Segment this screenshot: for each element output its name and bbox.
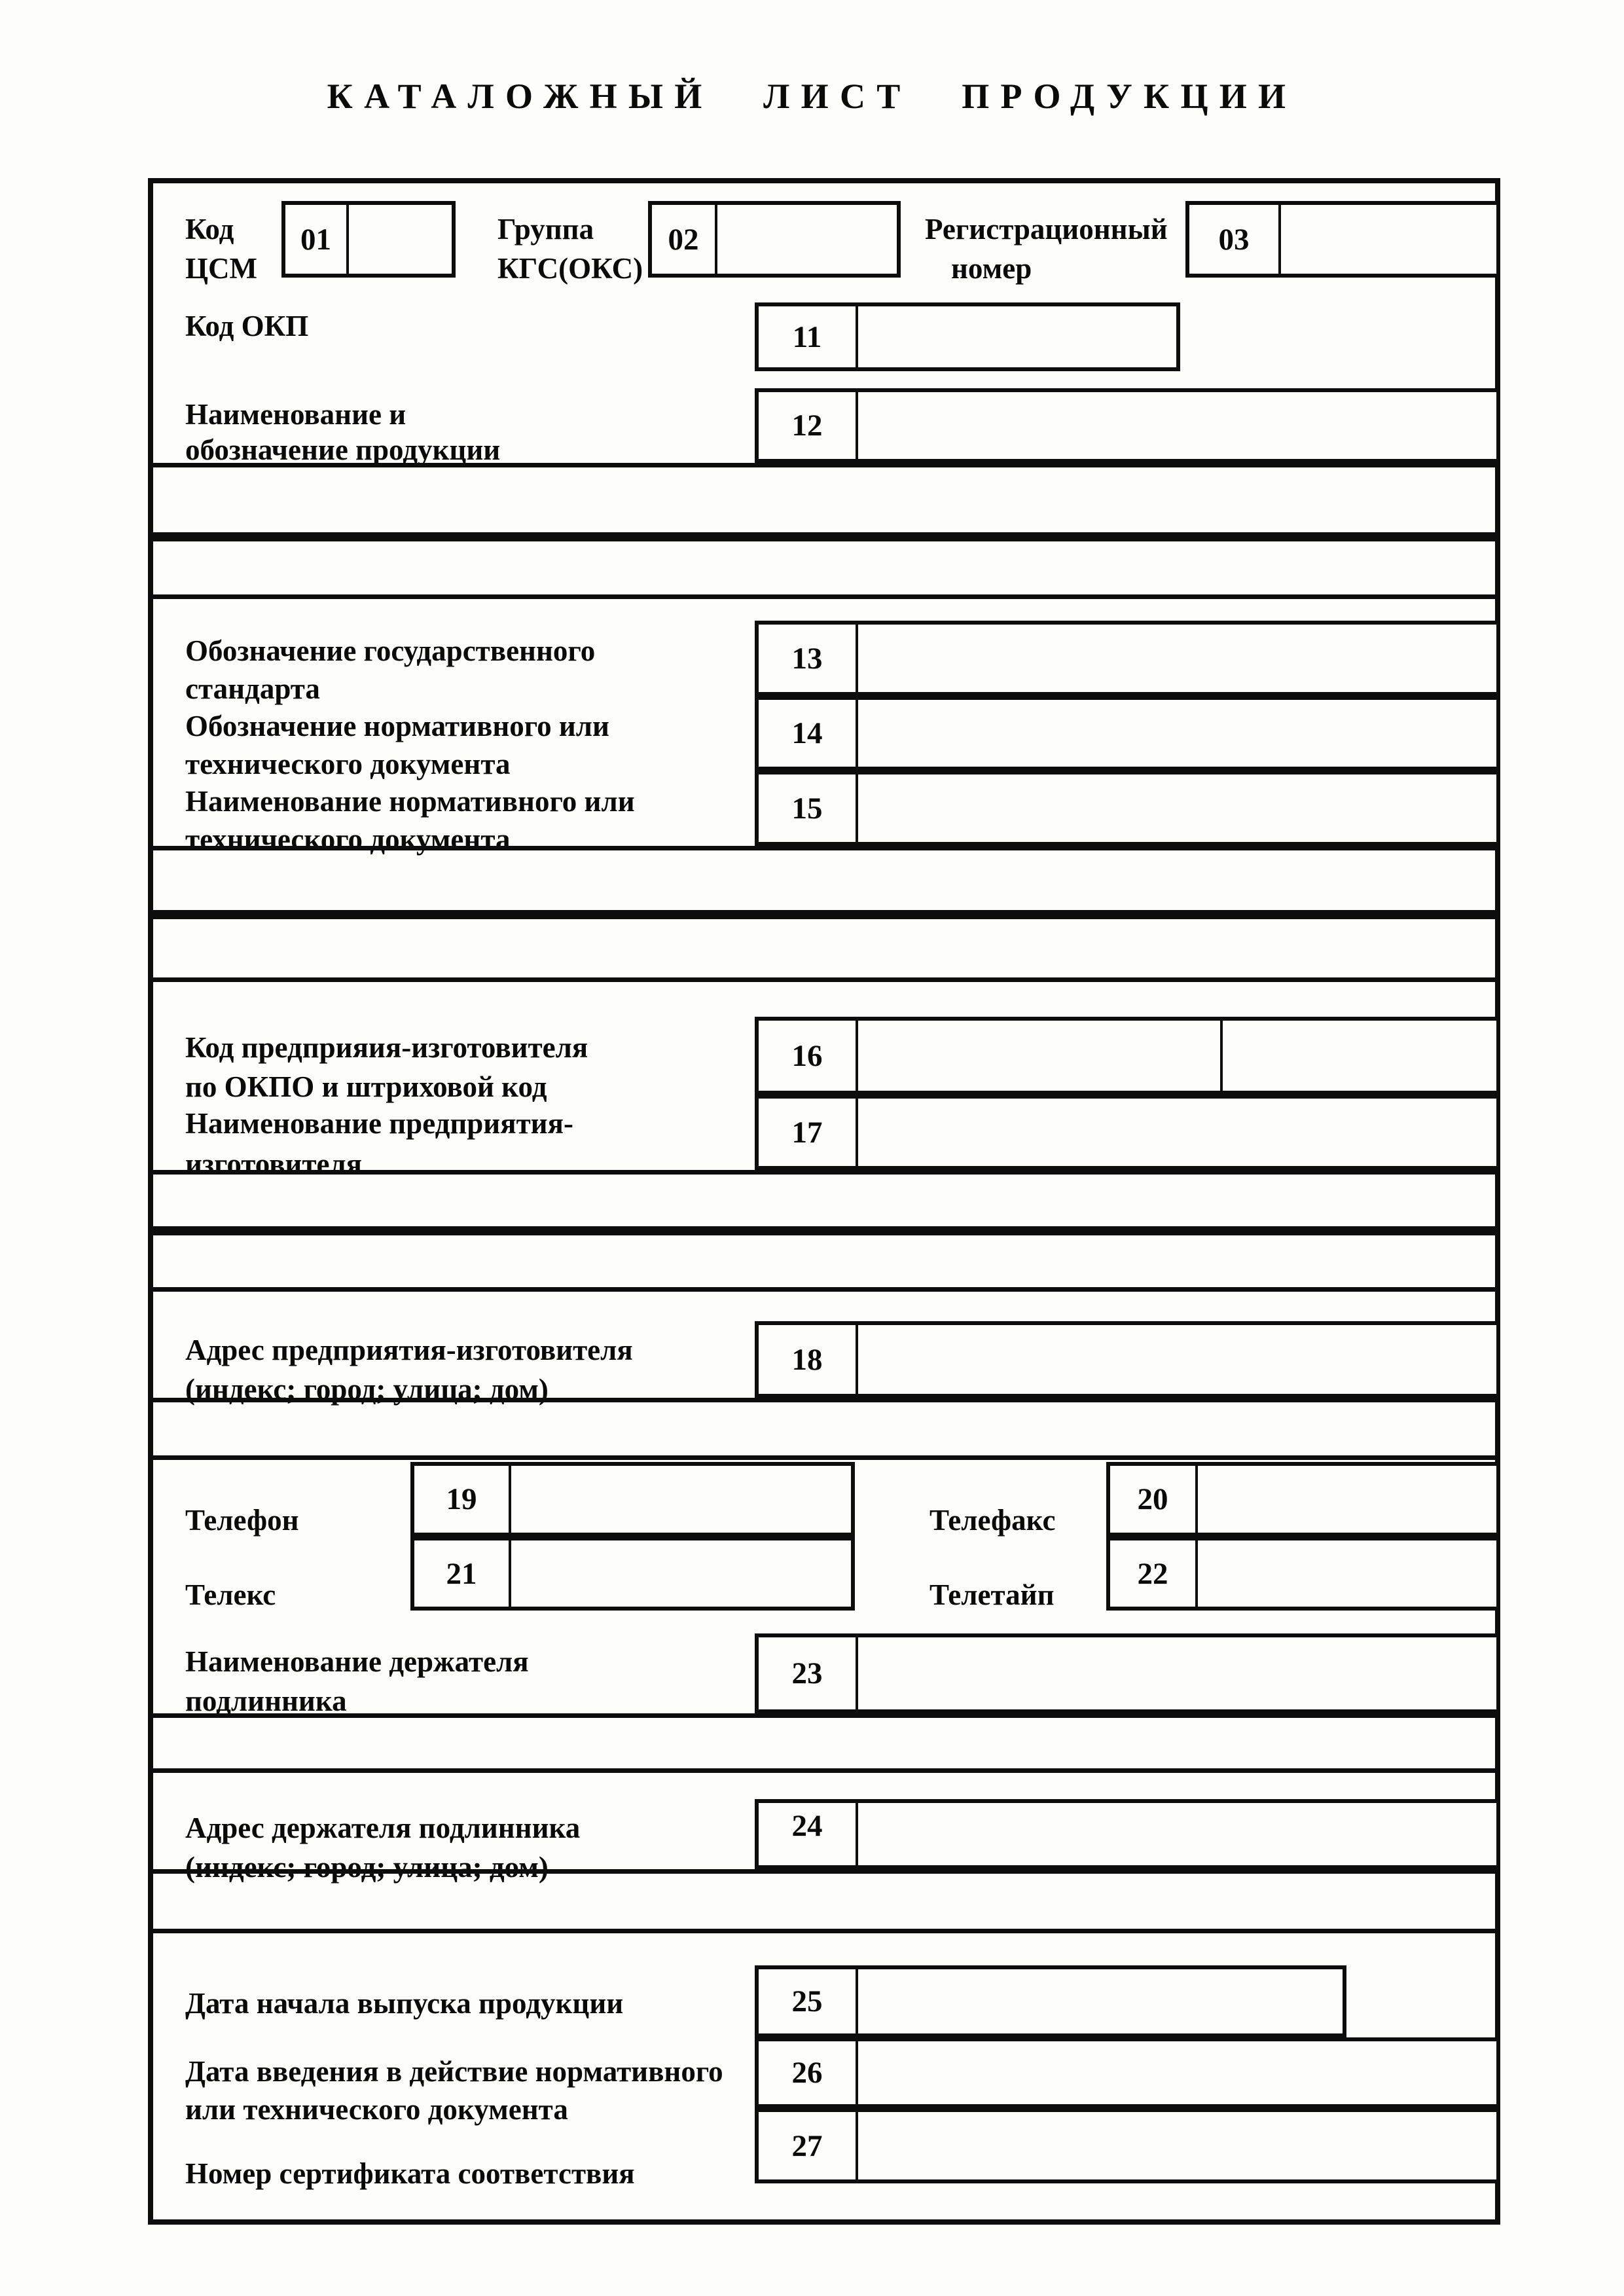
field-16-number: 16 xyxy=(759,1021,858,1091)
field-23-number: 23 xyxy=(759,1637,858,1709)
writein-row-4[interactable] xyxy=(148,915,1500,982)
field-02: 02 xyxy=(648,201,901,278)
field-12-number: 12 xyxy=(759,392,858,459)
field-02-label: Группа КГС(ОКС) xyxy=(497,210,643,288)
field-27-value[interactable] xyxy=(858,2112,1496,2179)
field-22-number: 22 xyxy=(1110,1540,1198,1607)
field-17-number: 17 xyxy=(759,1099,858,1166)
field-26-value[interactable] xyxy=(858,2041,1496,2104)
field-18-number: 18 xyxy=(759,1325,858,1394)
field-01-label: Код ЦСМ xyxy=(185,210,257,288)
field-27-label: Номер сертификата соответствия xyxy=(185,2154,635,2193)
field-22-value[interactable] xyxy=(1198,1540,1496,1607)
field-03-number: 03 xyxy=(1189,205,1281,274)
field-03-label: Регистрационный номер xyxy=(925,210,1168,288)
field-17-value[interactable] xyxy=(858,1099,1496,1166)
writein-row-7[interactable] xyxy=(148,1398,1500,1460)
field-26: 26 xyxy=(755,2037,1500,2108)
field-20: 20 xyxy=(1106,1462,1500,1537)
page-title: КАТАЛОЖНЫЙ ЛИСТ ПРОДУКЦИИ xyxy=(0,76,1624,117)
field-16-label: Код предприяия-изготовителя по ОКПО и шт… xyxy=(185,1028,588,1106)
writein-row-3[interactable] xyxy=(148,846,1500,915)
field-24-number: 24 xyxy=(759,1803,858,1865)
field-01: 01 xyxy=(281,201,456,278)
field-22-label: Телетайп xyxy=(929,1575,1055,1614)
field-02-number: 02 xyxy=(652,205,717,274)
writein-row-6[interactable] xyxy=(148,1231,1500,1292)
field-23-value[interactable] xyxy=(858,1637,1496,1709)
field-13-number: 13 xyxy=(759,625,858,692)
field-19-label: Телефон xyxy=(185,1501,299,1540)
field-18: 18 xyxy=(755,1321,1500,1398)
field-19-value[interactable] xyxy=(511,1466,851,1533)
field-14: 14 xyxy=(755,696,1500,771)
field-25: 25 xyxy=(755,1965,1346,2037)
field-15-value[interactable] xyxy=(858,774,1496,842)
field-24-value[interactable] xyxy=(858,1803,1496,1865)
field-13-value[interactable] xyxy=(858,625,1496,692)
writein-row-1[interactable] xyxy=(148,463,1500,537)
field-13: 13 xyxy=(755,621,1500,696)
field-14-label: Обозначение нормативного или техническог… xyxy=(185,707,609,783)
field-25-label: Дата начала выпуска продукции xyxy=(185,1984,623,2023)
catalog-sheet-page: КАТАЛОЖНЫЙ ЛИСТ ПРОДУКЦИИ Код ЦСМ 01 Гру… xyxy=(0,0,1624,2296)
field-11-number: 11 xyxy=(759,306,858,367)
field-26-label: Дата введения в действие нормативного ил… xyxy=(185,2052,723,2128)
field-01-number: 01 xyxy=(285,205,349,274)
field-18-value[interactable] xyxy=(858,1325,1496,1394)
field-14-value[interactable] xyxy=(858,700,1496,767)
writein-row-9[interactable] xyxy=(148,1869,1500,1933)
field-11-label: Код ОКП xyxy=(185,306,308,346)
field-03: 03 xyxy=(1185,201,1500,278)
field-11-value[interactable] xyxy=(858,306,1176,367)
field-15: 15 xyxy=(755,771,1500,846)
field-01-value[interactable] xyxy=(349,205,452,274)
field-21: 21 xyxy=(410,1537,855,1611)
field-27: 27 xyxy=(755,2108,1500,2183)
field-16-okpo-value[interactable] xyxy=(858,1021,1223,1091)
field-24: 24 xyxy=(755,1799,1500,1869)
field-23: 23 xyxy=(755,1633,1500,1713)
field-27-number: 27 xyxy=(759,2112,858,2179)
field-13-label: Обозначение государственного стандарта xyxy=(185,632,595,708)
field-12-value[interactable] xyxy=(858,392,1496,459)
writein-row-5[interactable] xyxy=(148,1170,1500,1231)
field-20-number: 20 xyxy=(1110,1466,1198,1533)
field-12: 12 xyxy=(755,388,1500,463)
field-02-value[interactable] xyxy=(717,205,897,274)
field-15-number: 15 xyxy=(759,774,858,842)
writein-row-8[interactable] xyxy=(148,1713,1500,1773)
field-19-number: 19 xyxy=(414,1466,511,1533)
field-21-number: 21 xyxy=(414,1540,511,1607)
field-03-value[interactable] xyxy=(1281,205,1496,274)
field-20-value[interactable] xyxy=(1198,1466,1496,1533)
writein-row-2[interactable] xyxy=(148,537,1500,599)
field-14-number: 14 xyxy=(759,700,858,767)
field-17: 17 xyxy=(755,1095,1500,1170)
field-25-number: 25 xyxy=(759,1969,858,2033)
field-21-value[interactable] xyxy=(511,1540,851,1607)
field-12-label: Наименование и обозначение продукции xyxy=(185,397,500,467)
field-16-barcode-value[interactable] xyxy=(1223,1021,1496,1091)
field-19: 19 xyxy=(410,1462,855,1537)
field-22: 22 xyxy=(1106,1537,1500,1611)
field-26-number: 26 xyxy=(759,2041,858,2104)
field-16-value-area xyxy=(858,1021,1496,1091)
field-11: 11 xyxy=(755,302,1180,371)
field-20-label: Телефакс xyxy=(929,1501,1055,1540)
field-21-label: Телекс xyxy=(185,1575,276,1614)
field-25-value[interactable] xyxy=(858,1969,1343,2033)
field-18-label: Адрес предприятия-изготовителя (индекс; … xyxy=(185,1330,633,1409)
field-16: 16 xyxy=(755,1017,1500,1095)
field-23-label: Наименование держателя подлинника xyxy=(185,1642,529,1721)
